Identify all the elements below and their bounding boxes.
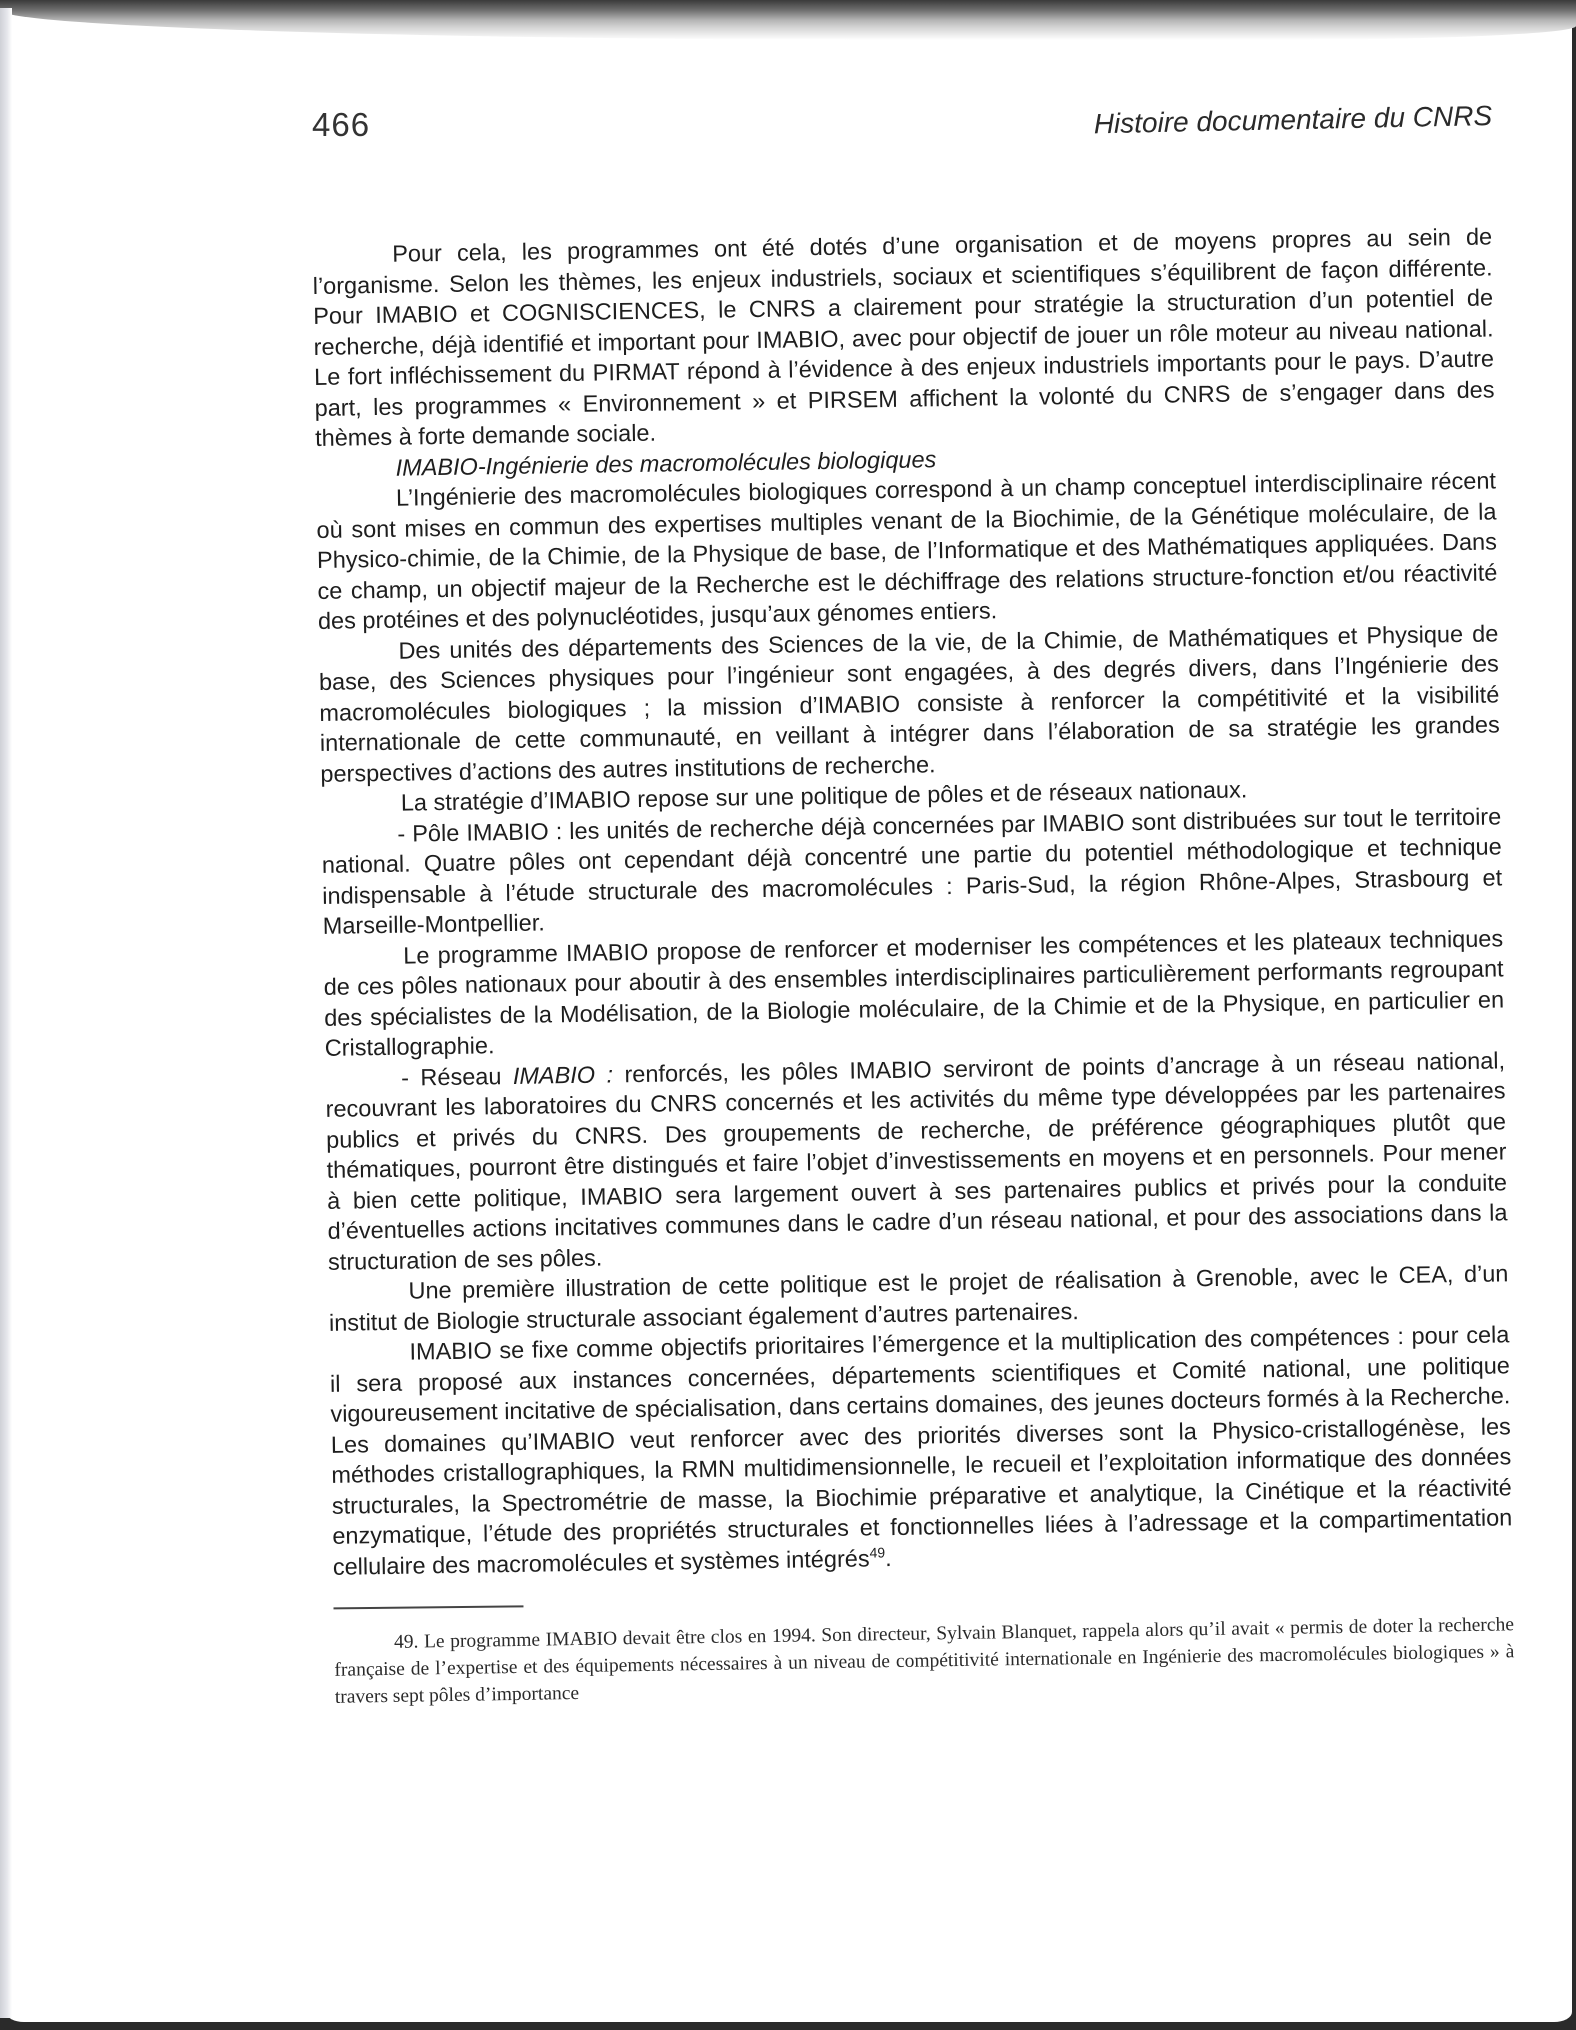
bullet-pole-imabio: - Pôle IMABIO : les unités de recherche … <box>321 801 1503 942</box>
paragraph-definition: L’Ingénierie des macromolécules biologiq… <box>316 465 1498 636</box>
scan-left-edge <box>0 8 12 2018</box>
footnotes: 49. Le programme IMABIO devait être clos… <box>334 1611 1515 1711</box>
footnote-text: Le programme IMABIO devait être clos en … <box>334 1614 1514 1708</box>
page-content: 466 Histoire documentaire du CNRS Pour c… <box>312 100 1492 1711</box>
book-title: Histoire documentaire du CNRS <box>1093 100 1492 140</box>
bullet-prefix: - Réseau <box>401 1062 513 1090</box>
footnote-reference[interactable]: 49 <box>869 1544 885 1560</box>
paragraph-programme: Le programme IMABIO propose de renforcer… <box>323 923 1505 1064</box>
footnote-separator <box>333 1605 523 1609</box>
bullet-italic-term: IMABIO : <box>513 1061 614 1089</box>
bullet-reseau-imabio: - Réseau IMABIO : renforcés, les pôles I… <box>325 1045 1508 1277</box>
running-head: 466 Histoire documentaire du CNRS <box>312 100 1492 160</box>
intro-paragraph: Pour cela, les programmes ont été dotés … <box>312 221 1495 453</box>
page-number: 466 <box>312 106 370 144</box>
footnote-49: 49. Le programme IMABIO devait être clos… <box>334 1611 1515 1711</box>
objectives-end: . <box>885 1545 892 1571</box>
paragraph-objectives: IMABIO se fixe comme objectifs prioritai… <box>329 1319 1513 1582</box>
footnote-number: 49. <box>394 1632 419 1653</box>
objectives-text: IMABIO se fixe comme objectifs prioritai… <box>330 1321 1513 1579</box>
paragraph-units: Des unités des départements des Sciences… <box>318 618 1500 789</box>
body-text: Pour cela, les programmes ont été dotés … <box>312 221 1515 1710</box>
